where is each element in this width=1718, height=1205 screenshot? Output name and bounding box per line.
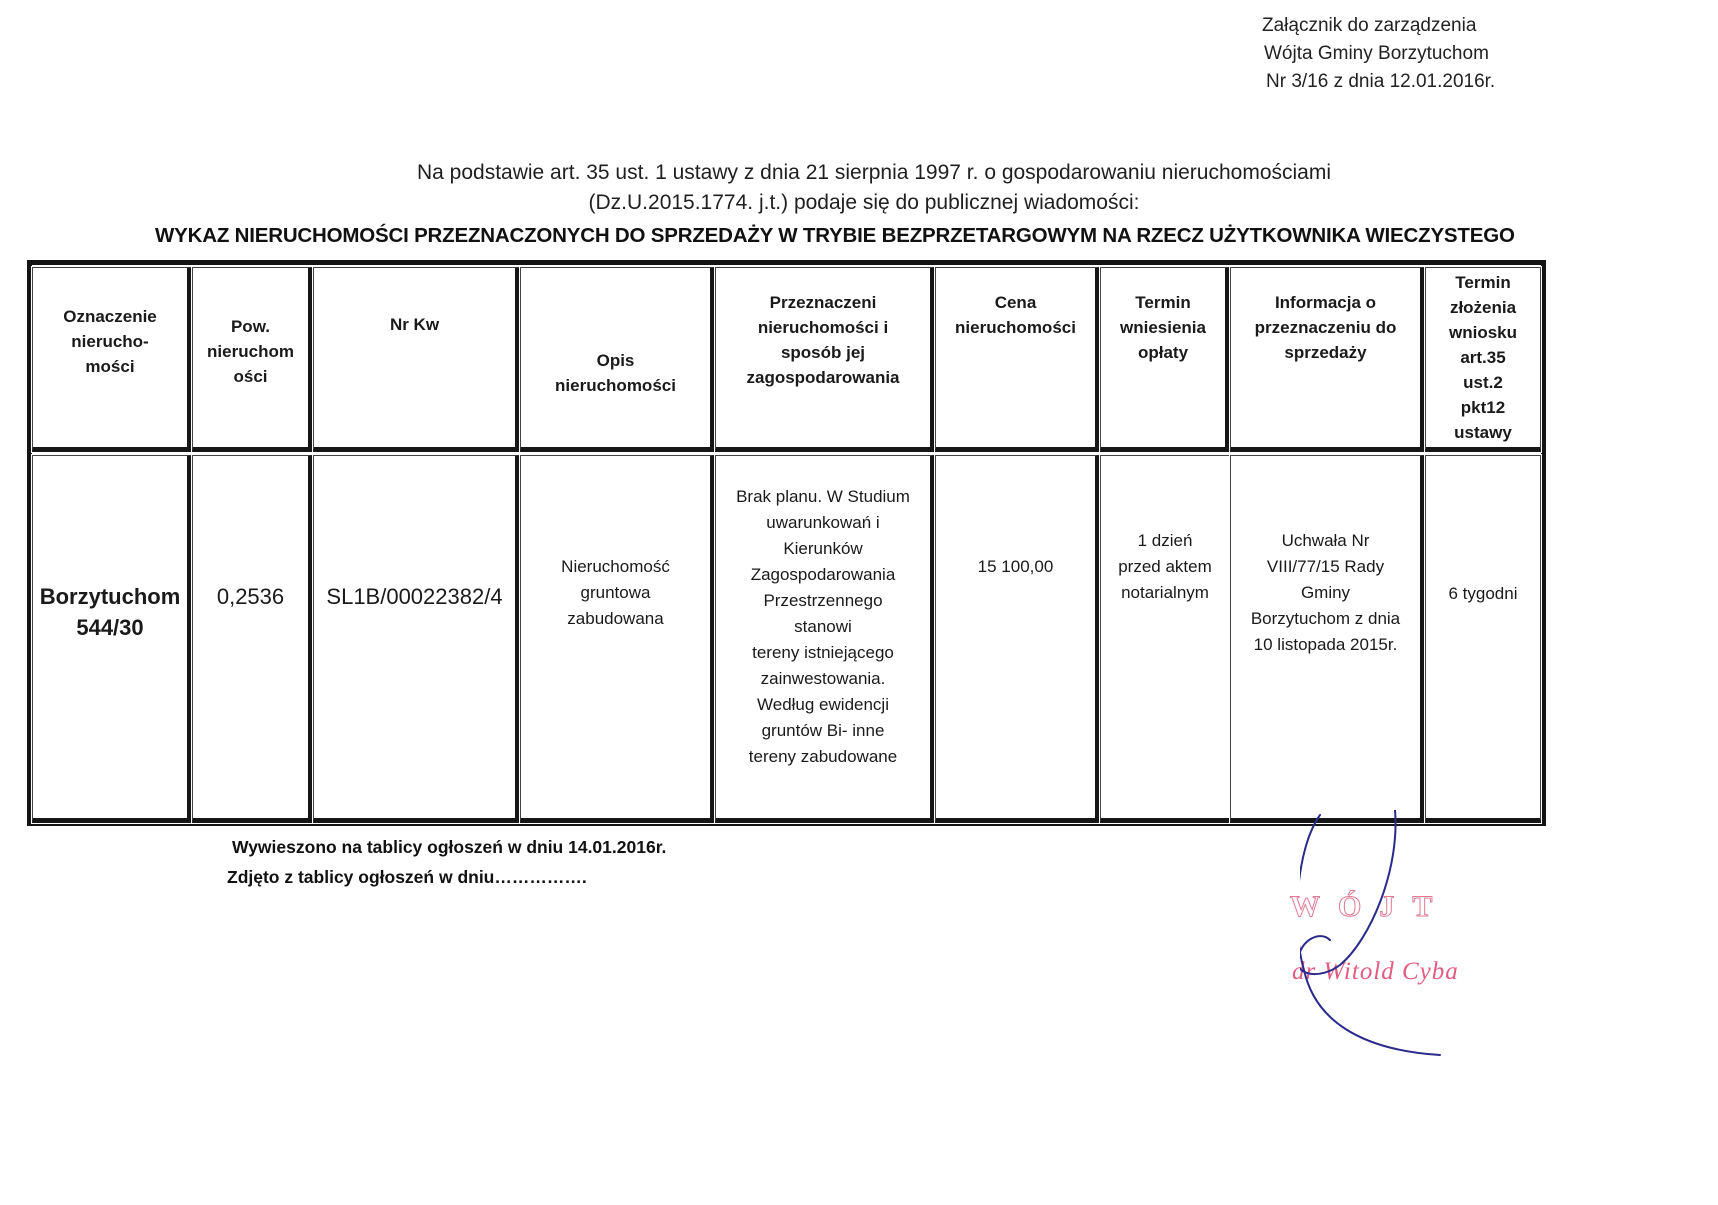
cell-text: gruntów Bi- inne <box>762 718 885 744</box>
cell-text: Kierunków <box>783 536 862 562</box>
stamp-name: dr Witold Cyba <box>1292 958 1459 986</box>
header-text: nieruchomości <box>955 315 1076 340</box>
header-text: ości <box>233 364 267 389</box>
header-text: Przeznaczeni <box>770 290 877 315</box>
cell-text: gruntowa <box>581 580 651 606</box>
cell-text: Przestrzennego <box>763 588 882 614</box>
cell-text: przed aktem <box>1118 554 1212 580</box>
cell-text: stanowi <box>794 614 852 640</box>
header-designation: Oznaczenienierucho-mości <box>32 267 192 452</box>
cell-price: 15 100,00 <box>935 455 1100 823</box>
cell-designation: Borzytuchom544/30 <box>32 455 192 823</box>
cell-application-deadline: 6 tygodni <box>1425 455 1541 823</box>
header-text: Nr Kw <box>390 312 439 337</box>
legal-basis-intro: Na podstawie art. 35 ust. 1 ustawy z dni… <box>0 158 1718 218</box>
header-text: ust.2 <box>1463 370 1503 395</box>
header-text: opłaty <box>1138 340 1188 365</box>
header-area: Pow.nieruchomości <box>192 267 313 452</box>
cell-land-register-no: SL1B/00022382/4 <box>313 455 520 823</box>
header-text: Pow. <box>231 314 270 339</box>
cell-text: Nieruchomość <box>561 554 670 580</box>
header-text: wniosku <box>1449 320 1517 345</box>
cell-text: 10 listopada 2015r. <box>1254 632 1398 658</box>
intro-line-1: Na podstawie art. 35 ust. 1 ustawy z dni… <box>0 158 1718 188</box>
annex-line: Wójta Gminy Borzytuchom <box>1262 40 1495 68</box>
cell-payment-term: 1 dzieńprzed aktemnotarialnym <box>1100 455 1230 823</box>
header-price: Cenanieruchomości <box>935 267 1100 452</box>
header-text: wniesienia <box>1120 315 1206 340</box>
cell-text: Uchwała Nr <box>1282 528 1370 554</box>
cell-text: 6 tygodni <box>1449 581 1518 607</box>
header-text: nieruchomości <box>555 373 676 398</box>
removed-date: Zdjęto z tablicy ogłoszeń w dniu……………. <box>227 862 666 892</box>
header-text: Oznaczenie <box>63 304 157 329</box>
header-text: nieruchomości i <box>758 315 888 340</box>
cell-text: Zagospodarowania <box>751 562 896 588</box>
cell-text: Borzytuchom z dnia <box>1251 606 1400 632</box>
posted-date: Wywieszono na tablicy ogłoszeń w dniu 14… <box>232 832 666 862</box>
header-text: nierucho- <box>71 329 148 354</box>
header-text: ustawy <box>1454 420 1512 445</box>
cell-text: Brak planu. W Studium <box>736 484 910 510</box>
cell-text: zabudowana <box>567 606 663 632</box>
cell-text: uwarunkowań i <box>766 510 879 536</box>
cell-text: tereny istniejącego <box>752 640 894 666</box>
cell-text: tereny zabudowane <box>749 744 897 770</box>
header-text: sposób jej <box>781 340 865 365</box>
cell-text: 15 100,00 <box>978 554 1054 580</box>
header-payment-term: Terminwniesieniaopłaty <box>1100 267 1230 452</box>
annex-line: Załącznik do zarządzenia <box>1262 12 1495 40</box>
cell-text: Borzytuchom <box>40 581 181 612</box>
header-sale-info: Informacja oprzeznaczeniu dosprzedaży <box>1230 267 1425 452</box>
header-text: przeznaczeniu do <box>1255 315 1397 340</box>
cell-text: VIII/77/15 Rady <box>1267 554 1384 580</box>
header-text: Informacja o <box>1275 290 1376 315</box>
cell-text: 1 dzień <box>1138 528 1193 554</box>
header-purpose: Przeznaczeninieruchomości isposób jejzag… <box>715 267 935 452</box>
stamp-title: WÓJT <box>1290 890 1450 924</box>
header-text: Cena <box>995 290 1037 315</box>
header-text: Termin <box>1455 270 1510 295</box>
cell-text: Według ewidencji <box>757 692 889 718</box>
property-table: Oznaczenienierucho-mościPow.nieruchomośc… <box>27 260 1546 826</box>
intro-line-2: (Dz.U.2015.1774. j.t.) podaje się do pub… <box>0 188 1718 218</box>
header-text: mości <box>85 354 134 379</box>
official-stamp: WÓJT dr Witold Cyba <box>1290 890 1540 1020</box>
header-land-register-no: Nr Kw <box>313 267 520 452</box>
annex-note: Załącznik do zarządzenia Wójta Gminy Bor… <box>1262 12 1495 96</box>
header-text: art.35 <box>1460 345 1505 370</box>
cell-description: Nieruchomośćgruntowazabudowana <box>520 455 715 823</box>
document-title: WYKAZ NIERUCHOMOŚCI PRZEZNACZONYCH DO SP… <box>155 224 1575 248</box>
header-description: Opisnieruchomości <box>520 267 715 452</box>
header-application-deadline: Terminzłożeniawnioskuart.35ust.2pkt12ust… <box>1425 267 1541 452</box>
cell-text: Gminy <box>1301 580 1350 606</box>
cell-sale-info: Uchwała NrVIII/77/15 RadyGminyBorzytucho… <box>1230 455 1425 823</box>
header-text: pkt12 <box>1461 395 1505 420</box>
header-text: sprzedaży <box>1284 340 1366 365</box>
cell-text: 0,2536 <box>217 581 284 612</box>
cell-purpose: Brak planu. W Studiumuwarunkowań iKierun… <box>715 455 935 823</box>
cell-text: SL1B/00022382/4 <box>326 581 502 612</box>
cell-text: 544/30 <box>76 612 143 643</box>
annex-line: Nr 3/16 z dnia 12.01.2016r. <box>1262 68 1495 96</box>
cell-text: notarialnym <box>1121 580 1209 606</box>
header-text: zagospodarowania <box>746 365 899 390</box>
header-text: nieruchom <box>207 339 294 364</box>
cell-text: zainwestowania. <box>761 666 886 692</box>
header-text: Termin <box>1135 290 1190 315</box>
header-text: złożenia <box>1450 295 1516 320</box>
header-text: Opis <box>597 348 635 373</box>
posting-notes: Wywieszono na tablicy ogłoszeń w dniu 14… <box>232 832 666 892</box>
cell-area: 0,2536 <box>192 455 313 823</box>
